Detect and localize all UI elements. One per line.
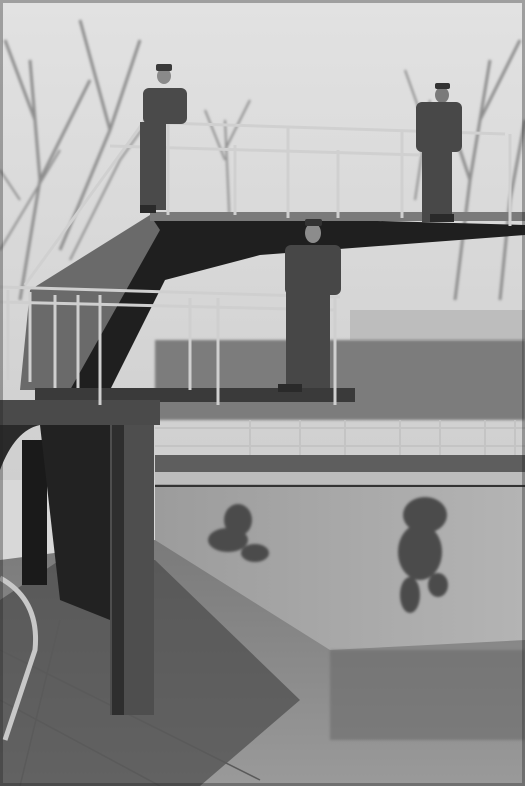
hedge xyxy=(155,340,525,420)
lower-platform-beam xyxy=(0,400,160,425)
diving-tower-scene xyxy=(0,0,525,786)
debris-patch xyxy=(330,650,525,740)
wall-coping xyxy=(155,472,525,484)
tower-leg-back xyxy=(22,440,47,585)
lower-platform-deck xyxy=(35,388,355,402)
distant-building xyxy=(350,310,525,340)
photograph xyxy=(0,0,525,786)
